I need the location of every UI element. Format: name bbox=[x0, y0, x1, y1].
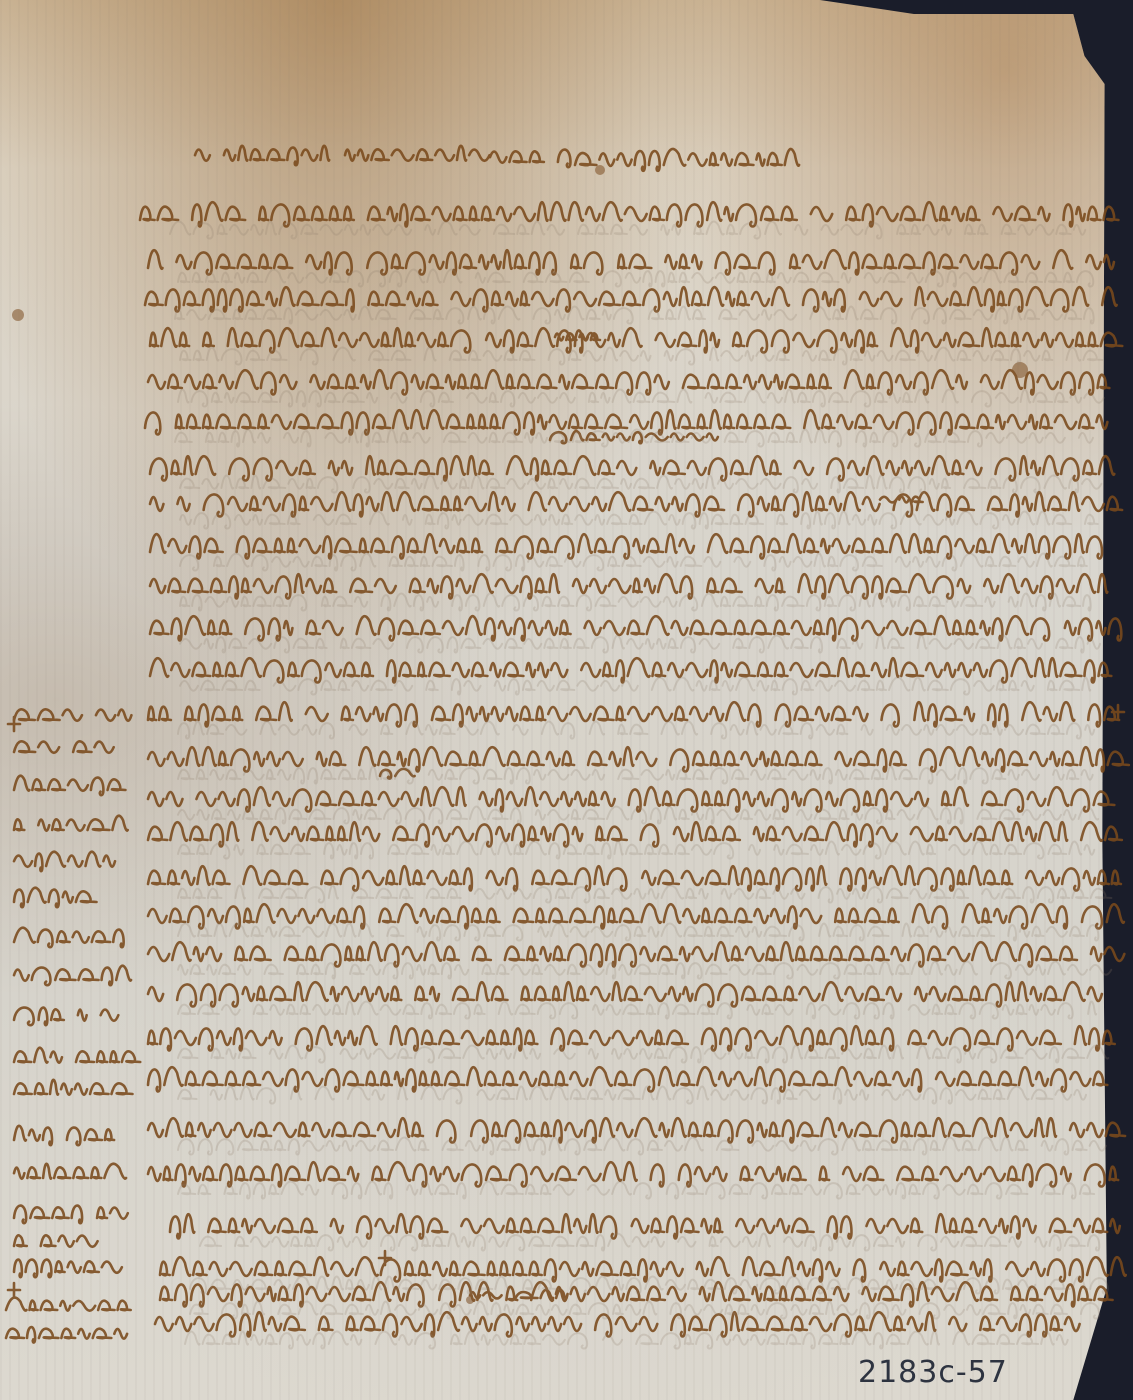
catalog-number: 2183c-57 bbox=[858, 1355, 1008, 1390]
handwritten-text bbox=[0, 0, 1133, 1400]
